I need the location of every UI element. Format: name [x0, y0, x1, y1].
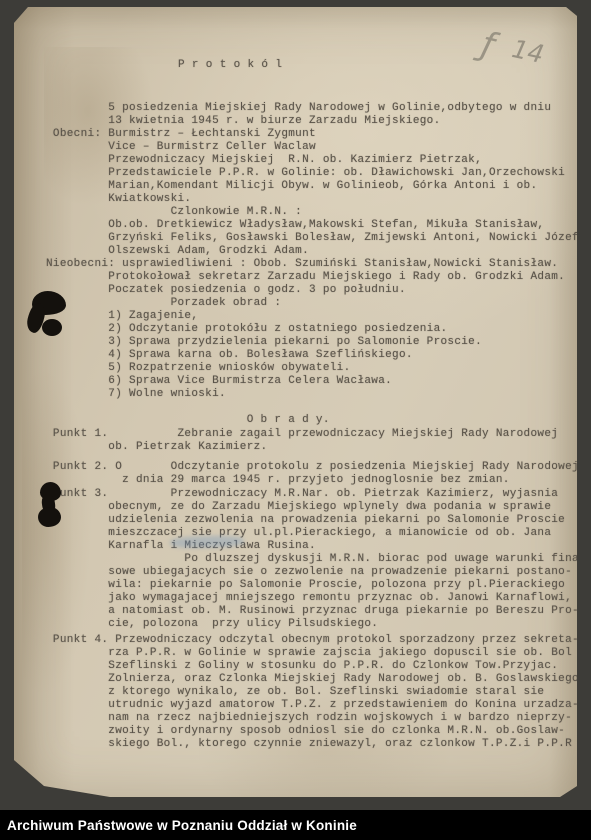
punkt-4-paragraph: Punkt 4. Przewodniczacy odczytal obecnym…: [46, 634, 577, 751]
pencil-page-number: 14: [509, 34, 546, 69]
obrady-section-heading: O b r a d y.: [46, 414, 330, 427]
attendance-and-agenda-block: 5 posiedzenia Miejskiej Rady Narodowej w…: [46, 102, 577, 401]
archive-watermark-label: Archiwum Państwowe w Poznaniu Oddział w …: [7, 818, 357, 833]
archive-watermark-bar: Archiwum Państwowe w Poznaniu Oddział w …: [0, 810, 591, 840]
punkt-3-paragraph: Punkt 3. Przewodniczacy M.R.Nar. ob. Pie…: [46, 488, 577, 631]
pencil-squiggle-mark: ƒ: [477, 24, 498, 66]
scanned-document-background: P r o t o k ó l 5 posiedzenia Miejskiej …: [0, 0, 591, 840]
ink-blot-upper: [42, 319, 62, 336]
paper-sheet: P r o t o k ó l 5 posiedzenia Miejskiej …: [14, 7, 577, 797]
punkt-1-paragraph: Punkt 1. Zebranie zagail przewodniczacy …: [46, 428, 558, 454]
document-title: P r o t o k ó l: [178, 59, 282, 72]
punkt-2-paragraph: Punkt 2. O Odczytanie protokolu z posied…: [46, 461, 577, 487]
